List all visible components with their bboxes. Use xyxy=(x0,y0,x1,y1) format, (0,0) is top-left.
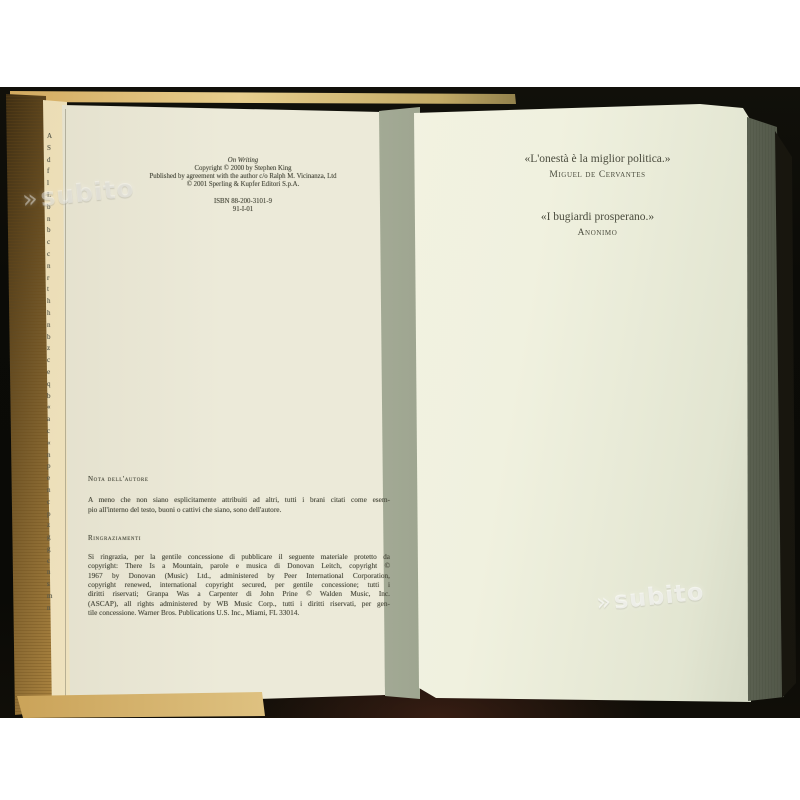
author-note-line: A meno che non siano esplicitamente attr… xyxy=(88,495,390,505)
acknowledgements-heading: Ringraziamenti xyxy=(88,534,141,542)
edition-code: 91-I-01 xyxy=(103,206,383,214)
epigraph-attribution: Anonimo xyxy=(450,228,745,238)
epigraph-text: «L'onestà è la miglior politica.» xyxy=(450,153,745,166)
author-note-paragraph: A meno che non siano esplicitamente attr… xyxy=(88,495,390,514)
epigraph-attribution: Miguel de Cervantes xyxy=(450,170,745,180)
jacket-flap-cutoff-letters: A S d f l L b n b c c n r t h h n b z c … xyxy=(47,131,61,615)
acknowledgements-line: (ASCAP), all rights administered by WB M… xyxy=(88,599,390,608)
left-page-edge-line xyxy=(65,109,66,697)
acknowledgements-line: copyright: There Is a Mountain, parole e… xyxy=(88,561,390,570)
imprint-agreement-line: Published by agreement with the author c… xyxy=(103,173,383,181)
imprint-block: On Writing Copyright © 2000 by Stephen K… xyxy=(103,157,383,214)
acknowledgements-line: copyright renewed, international copyrig… xyxy=(88,580,390,589)
acknowledgements-line: 1967 by Donovan (Music) Ltd., administer… xyxy=(88,571,390,580)
book-photo: A S d f l L b n b c c n r t h h n b z c … xyxy=(0,87,800,718)
acknowledgements-line: diritti riservati; Granpa Was a Carpente… xyxy=(88,589,390,598)
isbn-number: ISBN 88-200-3101-9 xyxy=(103,198,383,206)
author-note-heading: Nota dell'autore xyxy=(88,475,149,483)
imprint-publisher-line: © 2001 Sperling & Kupfer Editori S.p.A. xyxy=(103,181,383,189)
isbn-block: ISBN 88-200-3101-9 91-I-01 xyxy=(103,198,383,214)
epigraph-cervantes: «L'onestà è la miglior politica.» Miguel… xyxy=(450,153,745,180)
imprint-book-title: On Writing xyxy=(103,157,383,165)
epigraph-anonymous: «I bugiardi prosperano.» Anonimo xyxy=(450,211,745,238)
acknowledgements-paragraph: Si ringrazia, per la gentile concessione… xyxy=(88,552,390,617)
acknowledgements-line: Si ringrazia, per la gentile concessione… xyxy=(88,552,390,561)
author-note-line: pio all'interno del testo, buoni o catti… xyxy=(88,505,390,515)
imprint-copyright-line: Copyright © 2000 by Stephen King xyxy=(103,165,383,173)
book-listing-photo: { "photo": { "description_colors": { "ba… xyxy=(0,0,800,800)
epigraph-text: «I bugiardi prosperano.» xyxy=(450,211,745,224)
acknowledgements-line: tile concessione. Warner Bros. Publicati… xyxy=(88,608,390,617)
